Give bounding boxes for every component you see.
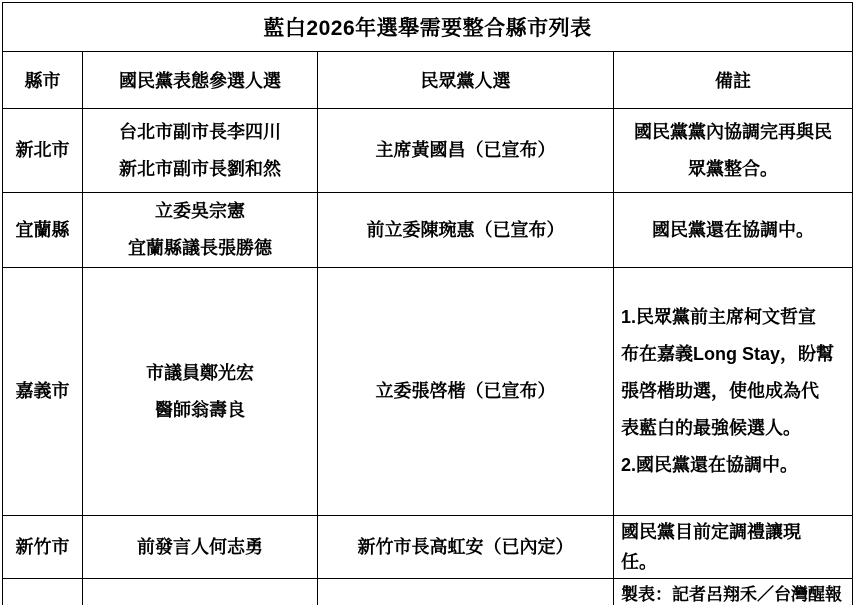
note-line: 眾黨整合。 [614,151,852,188]
empty-cell [3,579,83,605]
integration-counties-table: 藍白2026年選舉需要整合縣市列表 縣市 國民黨表態參選人選 民眾黨人選 備註 … [2,2,853,605]
kmt-candidate-line: 新北市副市長劉和然 [83,151,317,188]
cell-kmt-candidates: 台北市副市長李四川 新北市副市長劉和然 [83,109,318,193]
cell-tpp-candidate: 前立委陳琬惠（已宣布） [318,193,614,268]
note-line: 布在嘉義Long Stay，盼幫 [621,336,848,373]
table-row-new-taipei: 新北市 台北市副市長李四川 新北市副市長劉和然 主席黃國昌（已宣布） 國民黨黨內… [3,109,853,193]
kmt-candidate-line: 宜蘭縣議長張勝德 [83,230,317,267]
cell-note: 國民黨還在協調中。 [614,193,853,268]
cell-tpp-candidate: 立委張啓楷（已宣布） [318,268,614,516]
table-title: 藍白2026年選舉需要整合縣市列表 [3,3,853,52]
cell-kmt-candidates: 市議員鄭光宏 醫師翁壽良 [83,268,318,516]
note-line: 國民黨黨內協調完再與民 [614,114,852,151]
cell-kmt-candidates: 前發言人何志勇 [83,516,318,579]
cell-city: 新竹市 [3,516,83,579]
empty-cell [318,579,614,605]
kmt-candidate-line: 市議員鄭光宏 [83,355,317,392]
note-line: 1.民眾黨前主席柯文哲宣 [621,299,848,336]
note-line: 任。 [621,547,848,577]
col-header-tpp-candidate: 民眾黨人選 [318,52,614,109]
kmt-candidate-line: 醫師翁壽良 [83,392,317,429]
cell-city: 宜蘭縣 [3,193,83,268]
credit-row: 製表：記者呂翔禾／台灣醒報 [3,579,853,605]
cell-city: 新北市 [3,109,83,193]
kmt-candidate-line: 前發言人何志勇 [83,529,317,566]
table-row-yilan: 宜蘭縣 立委吳宗憲 宜蘭縣議長張勝德 前立委陳琬惠（已宣布） 國民黨還在協調中。 [3,193,853,268]
note-line: 張啓楷助選，使他成為代 [621,373,848,410]
col-header-notes: 備註 [614,52,853,109]
title-row: 藍白2026年選舉需要整合縣市列表 [3,3,853,52]
kmt-candidate-line: 立委吳宗憲 [83,193,317,230]
table-row-chiayi: 嘉義市 市議員鄭光宏 醫師翁壽良 立委張啓楷（已宣布） 1.民眾黨前主席柯文哲宣… [3,268,853,516]
cell-note: 1.民眾黨前主席柯文哲宣 布在嘉義Long Stay，盼幫 張啓楷助選，使他成為… [614,268,853,516]
cell-kmt-candidates: 立委吳宗憲 宜蘭縣議長張勝德 [83,193,318,268]
blue-white-2026-infographic: 藍白2026年選舉需要整合縣市列表 縣市 國民黨表態參選人選 民眾黨人選 備註 … [0,0,857,605]
table-credit: 製表：記者呂翔禾／台灣醒報 [614,579,853,605]
cell-note: 國民黨目前定調禮讓現 任。 [614,516,853,579]
col-header-kmt-candidates: 國民黨表態參選人選 [83,52,318,109]
cell-city: 嘉義市 [3,268,83,516]
col-header-city: 縣市 [3,52,83,109]
table-row-hsinchu: 新竹市 前發言人何志勇 新竹市長高虹安（已內定） 國民黨目前定調禮讓現 任。 [3,516,853,579]
header-row: 縣市 國民黨表態參選人選 民眾黨人選 備註 [3,52,853,109]
kmt-candidate-line: 台北市副市長李四川 [83,114,317,151]
note-line: 國民黨還在協調中。 [614,212,852,249]
note-line: 2.國民黨還在協調中。 [621,447,848,484]
note-line: 表藍白的最強候選人。 [621,410,848,447]
cell-note: 國民黨黨內協調完再與民 眾黨整合。 [614,109,853,193]
cell-tpp-candidate: 主席黃國昌（已宣布） [318,109,614,193]
note-line: 國民黨目前定調禮讓現 [621,517,848,547]
empty-cell [83,579,318,605]
cell-tpp-candidate: 新竹市長高虹安（已內定） [318,516,614,579]
